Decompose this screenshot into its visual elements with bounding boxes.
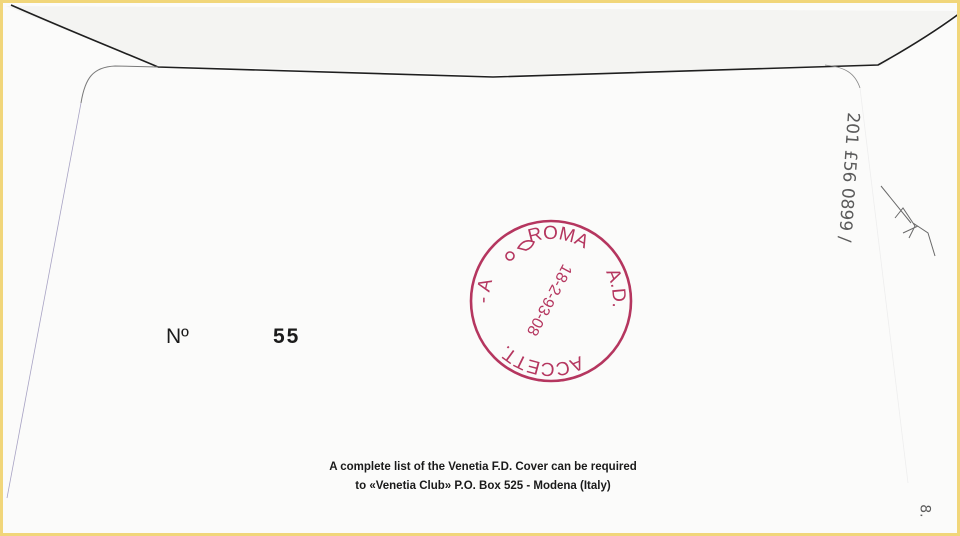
- post-horn-icon: [506, 241, 534, 260]
- svg-text:- A: - A: [472, 276, 498, 305]
- number-value: 55: [273, 325, 300, 349]
- envelope-back: Nº 55 ROMA A.D. ACCETT. - A 18-2-93-08 A…: [0, 0, 960, 536]
- footer-line-2: to «Venetia Club» P.O. Box 525 - Modena …: [273, 477, 693, 496]
- pencil-corner-mark: 8.: [916, 504, 932, 518]
- postmark-date: 18-2-93-08: [523, 261, 575, 338]
- signature-icon: [873, 178, 960, 268]
- footer-notice: A complete list of the Venetia F.D. Cove…: [273, 458, 693, 496]
- postmark-stamp: ROMA A.D. ACCETT. - A 18-2-93-08: [466, 216, 636, 386]
- number-label: Nº: [166, 325, 189, 349]
- footer-line-1: A complete list of the Venetia F.D. Cove…: [273, 458, 693, 477]
- postmark-left-text: - A: [472, 276, 498, 305]
